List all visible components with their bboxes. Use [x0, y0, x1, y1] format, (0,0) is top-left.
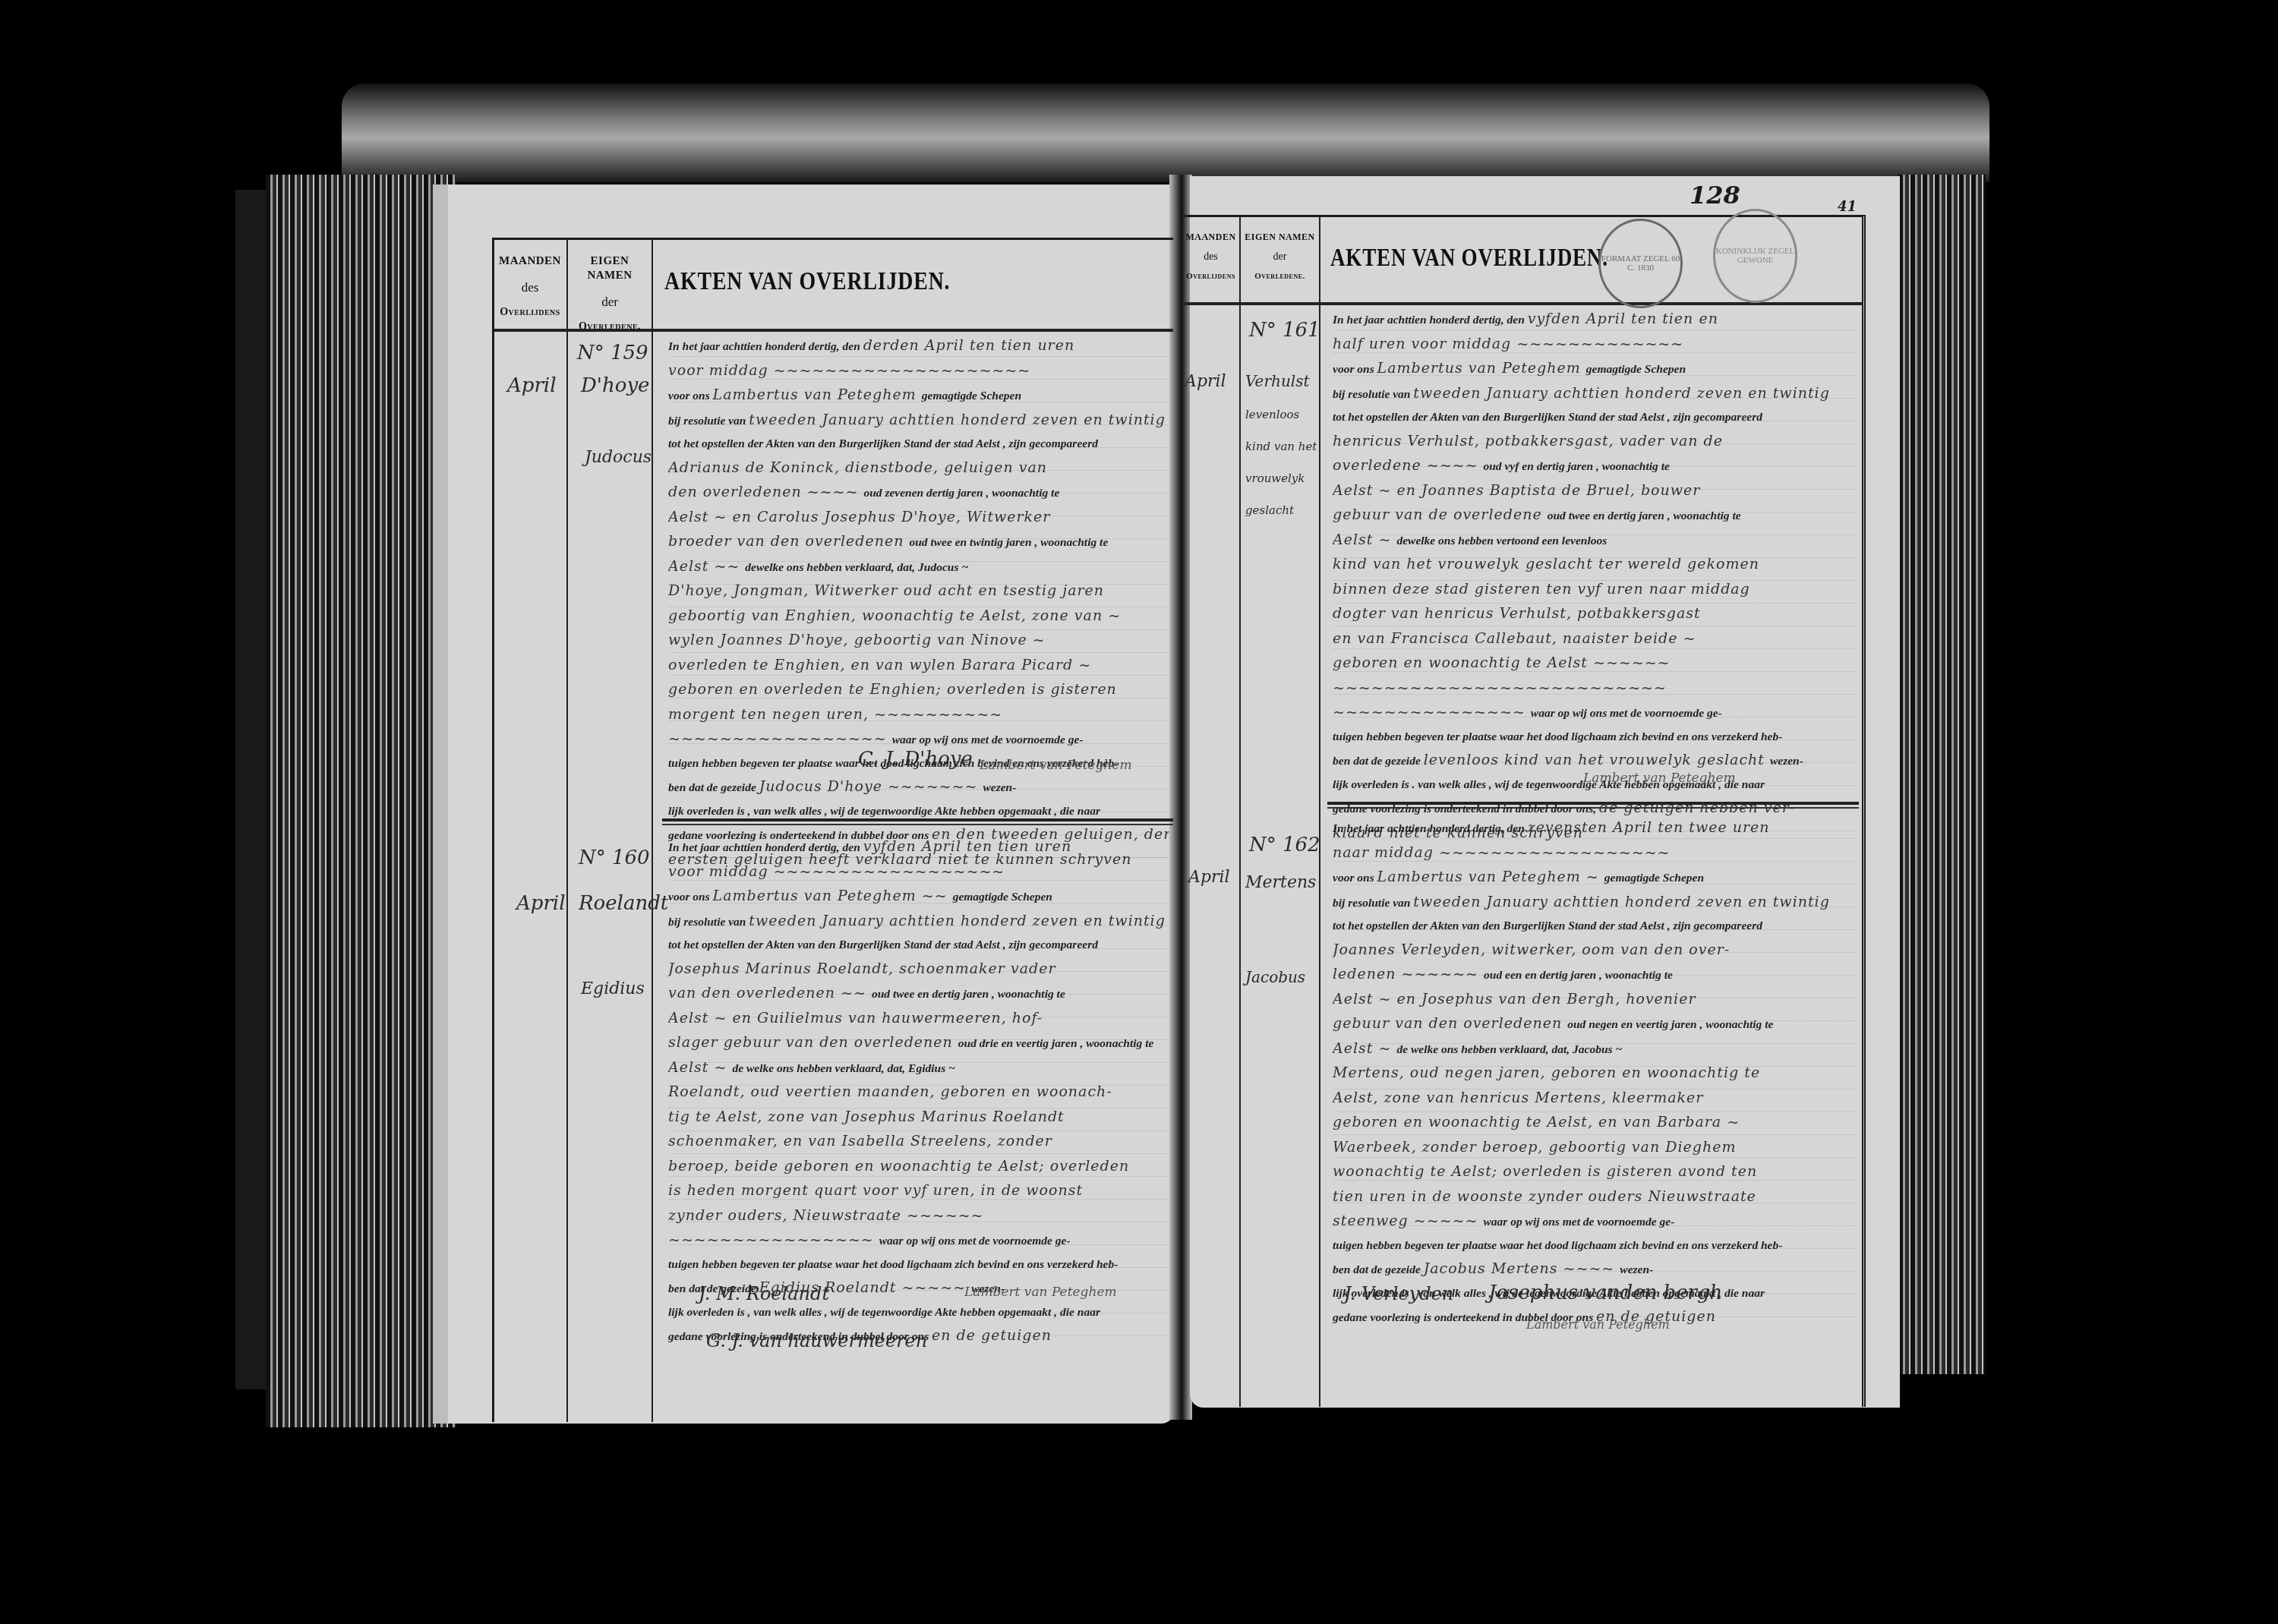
handwritten-text: woonachtig te Aelst; overleden is gister… [1333, 1163, 1757, 1180]
book-spine-dark [235, 190, 266, 1389]
entry-line: In het jaar achttien honderd dertig, den… [1333, 307, 1857, 333]
handwritten-text: derden April ten tien uren [863, 337, 1075, 354]
handwritten-text: overleden te Enghien, en van wylen Barar… [668, 657, 1091, 673]
entry-line: tien uren in de woonste zynder ouders Ni… [1333, 1185, 1857, 1210]
entry-line: Josephus Marinus Roelandt, schoenmaker v… [668, 957, 1169, 982]
handwritten-text: Lambertus van Peteghem [1377, 360, 1586, 377]
printed-text: voor ons [668, 891, 713, 903]
printed-text: In het jaar achttien honderd dertig, den [1333, 314, 1528, 326]
handwritten-text: vyfden April ten tien en [1528, 311, 1718, 327]
entry-line: voor ons Lambertus van Peteghem ~~ gemag… [668, 885, 1169, 910]
right-page-title: AKTEN VAN OVERLIJDEN. [1330, 244, 1608, 273]
printed-text: waar op wij ons met de voornoemde ge- [1531, 707, 1722, 720]
printed-text: lijk overleden is , van welk alles , wij… [668, 1306, 1100, 1319]
entry-line: geboren en woonachtig te Aelst, en van B… [1333, 1111, 1857, 1136]
handwritten-text: wylen Joannes D'hoye, geboortig van Nino… [668, 632, 1046, 648]
entry-162-surname: Mertens [1245, 873, 1316, 892]
handwritten-text: Joannes Verleyden, witwerker, oom van de… [1333, 941, 1730, 958]
entry-161-surname: Verhulst [1245, 372, 1309, 390]
left-page-title: AKTEN VAN OVERLIJDEN. [664, 267, 950, 296]
printed-text: bij resolutie van [1333, 897, 1413, 910]
entry-160-surname: Roelandt [579, 892, 668, 915]
entry-line: ben dat de gezeide levenloos kind van he… [1333, 749, 1857, 774]
entry-line: ben dat de gezeide Jacobus Mertens ~~~~ … [1333, 1257, 1857, 1282]
handwritten-text: tweeden January achttien honderd zeven e… [749, 412, 1165, 428]
folio-number: 41 [1838, 199, 1857, 215]
printed-text: gemagtigde Schepen [922, 389, 1021, 402]
handwritten-text: geboren en woonachtig te Aelst, en van B… [1333, 1114, 1740, 1130]
entry-line: bij resolutie van tweeden January achtti… [1333, 891, 1857, 916]
page-number-stamp: 128 [1690, 181, 1740, 210]
handwritten-text: half uren voor middag ~~~~~~~~~~~~~ [1333, 336, 1683, 352]
printed-text: In het jaar achttien honderd dertig, den [668, 841, 863, 854]
printed-text: oud een en dertig jaren , woonachtig te [1484, 969, 1673, 982]
entry-162-signature-witness: Josephus vanden bergh [1488, 1282, 1722, 1304]
entry-line: In het jaar achttien honderd dertig, den… [1333, 816, 1857, 841]
right-col2-header: EIGEN NAMEN der Overledene. [1241, 232, 1319, 282]
right-page-stack [1898, 175, 1986, 1374]
entry-line: broeder van den overledenen oud twee en … [668, 530, 1169, 555]
printed-text: oud negen en veertig jaren , woonachtig … [1567, 1018, 1773, 1031]
printed-text: dewelke ons hebben verklaard, dat, Judoc… [745, 561, 968, 574]
handwritten-text: naar middag ~~~~~~~~~~~~~~~~~~ [1333, 844, 1671, 861]
entry-line: Aelst ~ de welke ons hebben verklaard, d… [668, 1056, 1169, 1081]
handwritten-text: gebuur van den overledenen [1333, 1015, 1567, 1032]
printed-text: de welke ons hebben verklaard, dat, Egid… [732, 1062, 954, 1075]
printed-text: bij resolutie van [668, 415, 749, 427]
printed-text: oud twee en dertig jaren , woonachtig te [1548, 509, 1741, 522]
printed-text: tot het opstellen der Akten van den Burg… [668, 938, 1098, 951]
entry-line: ~~~~~~~~~~~~~~~ waar op wij ons met de v… [1333, 701, 1857, 726]
entry-line: geboren en overleden te Enghien; overled… [668, 678, 1169, 703]
col-header-line: des [494, 279, 566, 295]
handwritten-text: overledene ~~~~ [1333, 457, 1483, 474]
entry-line: woonachtig te Aelst; overleden is gister… [1333, 1160, 1857, 1185]
handwritten-text: ~~~~~~~~~~~~~~~ [1333, 704, 1531, 721]
printed-text: oud twee en dertig jaren , woonachtig te [872, 988, 1065, 1001]
entry-line: beroep, beide geboren en woonachtig te A… [668, 1155, 1169, 1180]
handwritten-text: Mertens, oud negen jaren, geboren en woo… [1333, 1064, 1760, 1081]
entry-line: geboren en woonachtig te Aelst ~~~~~~ [1333, 651, 1857, 676]
entry-159-signature-witness: C. J. D'hoye [858, 748, 973, 771]
entry-line: bij resolutie van tweeden January achtti… [1333, 382, 1857, 407]
printed-text: voor ons [1333, 872, 1377, 885]
entry-161-month: April [1185, 372, 1226, 391]
handwritten-text: zevensten April ten twee uren [1528, 819, 1770, 836]
left-col1-divider [566, 240, 568, 1422]
printed-text: dewelke ons hebben vertoond een levenloo… [1396, 535, 1607, 547]
entry-line: In het jaar achttien honderd dertig, den… [668, 835, 1169, 860]
entry-161-number: N° 161 [1249, 319, 1320, 342]
entry-line: henricus Verhulst, potbakkersgast, vader… [1333, 430, 1857, 455]
entry-line: morgent ten negen uren, ~~~~~~~~~~ [668, 703, 1169, 728]
handwritten-text: tien uren in de woonste zynder ouders Ni… [1333, 1188, 1756, 1205]
printed-text: voor ons [668, 389, 713, 402]
handwritten-text: binnen deze stad gisteren ten vyf uren n… [1333, 581, 1750, 598]
printed-text: ben dat de gezeide [668, 781, 759, 794]
printed-text: gemagtigde Schepen [953, 891, 1052, 903]
entry-162-number: N° 162 [1249, 834, 1320, 856]
printed-text: wezen- [1620, 1263, 1653, 1276]
handwritten-text: Lambertus van Peteghem ~~ [713, 888, 953, 904]
entry-line: ~~~~~~~~~~~~~~~~~~~~~~~~~~ [1333, 676, 1857, 702]
printed-text: oud vyf en dertig jaren , woonachtig te [1483, 460, 1669, 473]
printed-text: tuigen hebben begeven ter plaatse waar h… [1333, 730, 1782, 743]
entry-line: tuigen hebben begeven ter plaatse waar h… [1333, 726, 1857, 749]
printed-text: ben dat de gezeide [1333, 1263, 1424, 1276]
entry-160-body: In het jaar achttien honderd dertig, den… [668, 835, 1169, 1349]
entry-line: Aelst ~ en Joannes Baptista de Bruel, bo… [1333, 479, 1857, 504]
printed-text: ben dat de gezeide [1333, 755, 1424, 768]
printed-text: tuigen hebben begeven ter plaatse waar h… [1333, 1239, 1782, 1252]
entry-line: tot het opstellen der Akten van den Burg… [668, 433, 1169, 456]
handwritten-text: tweeden January achttien honderd zeven e… [1413, 385, 1829, 402]
handwritten-text: schoenmaker, en van Isabella Streelens, … [668, 1133, 1052, 1149]
handwritten-text: Aelst ~ en Joannes Baptista de Bruel, bo… [1333, 482, 1700, 499]
handwritten-text: slager gebuur van den overledenen [668, 1034, 958, 1051]
handwritten-text: Aelst ~ en Carolus Josephus D'hoye, Witw… [668, 509, 1050, 525]
handwritten-text: Lambertus van Peteghem ~ [1377, 869, 1604, 885]
handwritten-text: ~~~~~~~~~~~~~~~~~ [668, 730, 892, 747]
col-header-line: EIGEN NAMEN [1241, 232, 1319, 243]
handwritten-text: Aelst, zone van henricus Mertens, kleerm… [1333, 1089, 1703, 1106]
entry-162-signature-uncle: J. Verleyden [1344, 1283, 1453, 1304]
entry-line: D'hoye, Jongman, Witwerker oud acht en t… [668, 579, 1169, 604]
entry-line: dogter van henricus Verhulst, potbakkers… [1333, 602, 1857, 627]
entry-line: half uren voor middag ~~~~~~~~~~~~~ [1333, 333, 1857, 358]
handwritten-text: en van Francisca Callebaut, naaister bei… [1333, 630, 1696, 647]
handwritten-text: beroep, beide geboren en woonachtig te A… [668, 1158, 1129, 1175]
entry-line: Roelandt, oud veertien maanden, geboren … [668, 1080, 1169, 1105]
handwritten-text: henricus Verhulst, potbakkersgast, vader… [1333, 433, 1723, 449]
entry-line: zynder ouders, Nieuwstraate ~~~~~~ [668, 1204, 1169, 1229]
printed-text: waar op wij ons met de voornoemde ge- [1483, 1216, 1674, 1228]
col-header-line: der [1241, 251, 1319, 264]
handwritten-text: Aelst ~ [1333, 531, 1396, 548]
handwritten-text: Aelst ~ en Guilielmus van hauwermeeren, … [668, 1010, 1043, 1026]
entry-159-given-name: Judocus [585, 448, 652, 467]
handwritten-text: morgent ten negen uren, ~~~~~~~~~~ [668, 706, 1002, 723]
handwritten-text: Aelst ~ [668, 1059, 732, 1076]
entry-line: naar middag ~~~~~~~~~~~~~~~~~~ [1333, 841, 1857, 866]
entry-line: steenweg ~~~~~ waar op wij ons met de vo… [1333, 1209, 1857, 1235]
handwritten-text: levenloos kind van het vrouwelyk geslach… [1424, 752, 1770, 768]
printed-text: bij resolutie van [668, 916, 749, 929]
entry-line: In het jaar achttien honderd dertig, den… [668, 334, 1169, 359]
right-col1-divider [1239, 217, 1241, 1407]
entry-line: van den overledenen ~~ oud twee en derti… [668, 982, 1169, 1007]
entry-line: overleden te Enghien, en van wylen Barar… [668, 654, 1169, 679]
printed-text: voor ons [1333, 363, 1377, 376]
printed-text: In het jaar achttien honderd dertig, den [1333, 822, 1528, 835]
printed-text: lijk overleden is , van welk alles , wij… [668, 805, 1100, 818]
handwritten-text: is heden morgent quart voor vyf uren, in… [668, 1182, 1083, 1199]
handwritten-text: gebuur van de overledene [1333, 506, 1548, 523]
entry-159-surname: D'hoye [581, 374, 649, 397]
printed-text: gemagtigde Schepen [1604, 872, 1704, 885]
col-header-line: Overledene. [1241, 272, 1319, 282]
entry-160-signature-witness: G. J. van hauwermeeren [706, 1330, 927, 1351]
left-col2-divider [652, 240, 653, 1422]
entry-line: is heden morgent quart voor vyf uren, in… [668, 1179, 1169, 1204]
handwritten-text: vyfden April ten tien uren [863, 838, 1072, 855]
col-header-line: Overledene. [568, 320, 652, 334]
printed-text: oud zevenen dertig jaren , woonachtig te [863, 487, 1059, 500]
entry-162-signature-officer: Lambert van Peteghem [1526, 1317, 1670, 1332]
entry-161-given-name: levenloos kind van het vrouwelyk geslach… [1245, 399, 1317, 526]
printed-text: tot het opstellen der Akten van den Burg… [1333, 411, 1762, 424]
entry-line: bij resolutie van tweeden January achtti… [668, 910, 1169, 935]
entry-line: lijk overleden is , van welk alles , wij… [668, 1301, 1169, 1325]
handwritten-text: Lambertus van Peteghem [713, 386, 922, 403]
entry-159-signature-officer: Lambert van Peteghem [980, 758, 1132, 773]
handwritten-text: tweeden January achttien honderd zeven e… [1413, 894, 1829, 910]
entry-line: Adrianus de Koninck, dienstbode, geluige… [668, 456, 1169, 481]
entry-160-month: April [516, 892, 565, 915]
handwritten-text: Jacobus Mertens ~~~~ [1424, 1260, 1620, 1277]
handwritten-text: de getuigen hebben ver- [1599, 799, 1795, 816]
printed-text: tuigen hebben begeven ter plaatse waar h… [668, 1258, 1118, 1271]
printed-text: gemagtigde Schepen [1586, 363, 1686, 376]
handwritten-text: ~~~~~~~~~~~~~~~~ [668, 1231, 879, 1248]
col-header-line: Overlijdens [1182, 272, 1239, 282]
handwritten-text: ledenen ~~~~~~ [1333, 966, 1484, 982]
printed-text: wezen- [1770, 755, 1803, 768]
entry-161-body: In het jaar achttien honderd dertig, den… [1333, 307, 1857, 846]
right-col2-divider [1319, 217, 1320, 1407]
printed-text: wezen- [983, 781, 1016, 794]
entry-162-given-name: Jacobus [1245, 968, 1305, 986]
entry-line: geboortig van Enghien, woonachtig te Ael… [668, 604, 1169, 629]
entry-line: gebuur van de overledene oud twee en der… [1333, 503, 1857, 528]
entry-line: Aelst ~ en Carolus Josephus D'hoye, Witw… [668, 506, 1169, 531]
col-header-line: der [568, 294, 652, 310]
entry-160-given-name: Egidius [581, 979, 645, 998]
left-col2-header: EIGEN NAMEN der Overledene. [568, 254, 652, 333]
col-header-line: EIGEN NAMEN [568, 254, 652, 283]
handwritten-text: D'hoye, Jongman, Witwerker oud acht en t… [668, 582, 1104, 599]
left-col1-header: MAANDEN des Overlijdens [494, 254, 566, 320]
entry-line: voor ons Lambertus van Peteghem gemagtig… [1333, 357, 1857, 382]
entry-line: Aelst ~ de welke ons hebben verklaard, d… [1333, 1037, 1857, 1062]
handwritten-text: broeder van den overledenen [668, 533, 909, 550]
col-header-line: Overlijdens [494, 306, 566, 320]
handwritten-text: Adrianus de Koninck, dienstbode, geluige… [668, 459, 1047, 476]
right-col1-header: MAANDEN des Overlijdens [1182, 232, 1239, 282]
printed-text: waar op wij ons met de voornoemde ge- [892, 733, 1084, 746]
entry-line: tot het opstellen der Akten van den Burg… [668, 934, 1169, 957]
entry-line: tig te Aelst, zone van Josephus Marinus … [668, 1105, 1169, 1130]
entry-161-signature-officer: Lambert van Peteghem [1583, 771, 1736, 786]
handwritten-text: tweeden January achttien honderd zeven e… [749, 913, 1165, 929]
handwritten-text: tig te Aelst, zone van Josephus Marinus … [668, 1108, 1065, 1125]
entry-line: voor ons Lambertus van Peteghem gemagtig… [668, 383, 1169, 408]
printed-text: bij resolutie van [1333, 388, 1413, 401]
entry-159-number: N° 159 [577, 342, 648, 364]
printed-text: gedane voorlezing is onderteekend in dub… [1333, 803, 1599, 815]
entry-line: voor ons Lambertus van Peteghem ~ gemagt… [1333, 866, 1857, 891]
printed-text: waar op wij ons met de voornoemde ge- [879, 1235, 1071, 1247]
handwritten-text: en de getuigen [932, 1327, 1052, 1344]
entry-line: Aelst ~~ dewelke ons hebben verklaard, d… [668, 555, 1169, 580]
format-seal-stamp: FORMAAT ZEGEL 60 C. 1830 [1598, 219, 1683, 308]
handwritten-text: geboren en overleden te Enghien; overled… [668, 681, 1117, 698]
handwritten-text: ~~~~~~~~~~~~~~~~~~~~~~~~~~ [1333, 680, 1667, 696]
royal-seal-stamp: KONINKLIJK ZEGEL GEWONE [1713, 209, 1797, 303]
left-page-stack [266, 175, 456, 1427]
printed-text: tot het opstellen der Akten van den Burg… [668, 437, 1098, 450]
printed-text: de welke ons hebben verklaard, dat, Jaco… [1396, 1043, 1622, 1056]
entry-line: ledenen ~~~~~~ oud een en dertig jaren ,… [1333, 963, 1857, 988]
entry-line: tot het opstellen der Akten van den Burg… [1333, 915, 1857, 938]
entry-162-month: April [1188, 868, 1230, 887]
entry-line: kind van het vrouwelyk geslacht ter were… [1333, 553, 1857, 578]
handwritten-text: Aelst ~~ [668, 558, 745, 575]
printed-text: tot het opstellen der Akten van den Burg… [1333, 919, 1762, 932]
handwritten-text: Aelst ~ [1333, 1040, 1396, 1057]
printed-text: oud twee en twintig jaren , woonachtig t… [909, 536, 1108, 549]
entry-line: Waerbeek, zonder beroep, geboortig van D… [1333, 1136, 1857, 1161]
handwritten-text: Aelst ~ en Josephus van den Bergh, hoven… [1333, 991, 1696, 1008]
entry-line: wylen Joannes D'hoye, geboortig van Nino… [668, 629, 1169, 654]
entry-line: Joannes Verleyden, witwerker, oom van de… [1333, 938, 1857, 963]
entry-line: tuigen hebben begeven ter plaatse waar h… [1333, 1235, 1857, 1258]
entry-line: den overledenen ~~~~ oud zevenen dertig … [668, 481, 1169, 506]
col-header-line: des [1182, 251, 1239, 264]
entry-line: schoenmaker, en van Isabella Streelens, … [668, 1130, 1169, 1155]
entry-line: ~~~~~~~~~~~~~~~~ waar op wij ons met de … [668, 1228, 1169, 1253]
entry-line: tot het opstellen der Akten van den Burg… [1333, 406, 1857, 430]
col-header-line: MAANDEN [494, 254, 566, 269]
entry-line: gebuur van den overledenen oud negen en … [1333, 1012, 1857, 1037]
entry-line: Aelst ~ en Josephus van den Bergh, hoven… [1333, 988, 1857, 1013]
printed-text: oud drie en veertig jaren , woonachtig t… [958, 1037, 1153, 1050]
book-top-edge [342, 84, 1989, 182]
handwritten-text: voor middag ~~~~~~~~~~~~~~~~~~~~ [668, 362, 1030, 379]
entry-160-signature-officer: Lambert van Peteghem [964, 1285, 1117, 1300]
entry-line: binnen deze stad gisteren ten vyf uren n… [1333, 578, 1857, 603]
entry-line: overledene ~~~~ oud vyf en dertig jaren … [1333, 454, 1857, 479]
handwritten-text: Roelandt, oud veertien maanden, geboren … [668, 1083, 1112, 1100]
entry-159-body: In het jaar achttien honderd dertig, den… [668, 334, 1169, 872]
handwritten-text: zynder ouders, Nieuwstraate ~~~~~~ [668, 1207, 984, 1224]
entry-line: en van Francisca Callebaut, naaister bei… [1333, 627, 1857, 652]
handwritten-text: kind van het vrouwelyk geslacht ter were… [1333, 556, 1759, 572]
entry-line: lijk overleden is , van welk alles , wij… [668, 800, 1169, 824]
entry-line: voor middag ~~~~~~~~~~~~~~~~~~ [668, 860, 1169, 885]
handwritten-text: Judocus D'hoye ~~~~~~~ [759, 778, 983, 795]
printed-text: In het jaar achttien honderd dertig, den [668, 340, 863, 353]
entry-line: Mertens, oud negen jaren, geboren en woo… [1333, 1061, 1857, 1086]
entry-162-body: In het jaar achttien honderd dertig, den… [1333, 816, 1857, 1330]
entry-line: bij resolutie van tweeden January achtti… [668, 408, 1169, 434]
entry-line: voor middag ~~~~~~~~~~~~~~~~~~~~ [668, 359, 1169, 384]
entry-line: Aelst ~ dewelke ons hebben vertoond een … [1333, 528, 1857, 553]
entry-160-number: N° 160 [579, 847, 650, 869]
handwritten-text: van den overledenen ~~ [668, 985, 872, 1001]
handwritten-text: geboren en woonachtig te Aelst ~~~~~~ [1333, 654, 1671, 671]
handwritten-text: Josephus Marinus Roelandt, schoenmaker v… [668, 960, 1056, 977]
entry-line: tuigen hebben begeven ter plaatse waar h… [668, 1253, 1169, 1277]
handwritten-text: steenweg ~~~~~ [1333, 1212, 1483, 1229]
entry-line: ben dat de gezeide Judocus D'hoye ~~~~~~… [668, 775, 1169, 800]
entry-line: slager gebuur van den overledenen oud dr… [668, 1031, 1169, 1056]
entry-line: Aelst, zone van henricus Mertens, kleerm… [1333, 1086, 1857, 1112]
entry-159-month: April [507, 374, 556, 397]
col-header-line: MAANDEN [1182, 232, 1239, 243]
entry-line: Aelst ~ en Guilielmus van hauwermeeren, … [668, 1007, 1169, 1032]
handwritten-text: den overledenen ~~~~ [668, 484, 863, 500]
handwritten-text: voor middag ~~~~~~~~~~~~~~~~~~ [668, 863, 1005, 880]
handwritten-text: Waerbeek, zonder beroep, geboortig van D… [1333, 1139, 1736, 1156]
entry-160-signature-father: J. M. Roelandt [699, 1283, 829, 1304]
handwritten-text: geboortig van Enghien, woonachtig te Ael… [668, 607, 1121, 624]
handwritten-text: dogter van henricus Verhulst, potbakkers… [1333, 605, 1701, 622]
